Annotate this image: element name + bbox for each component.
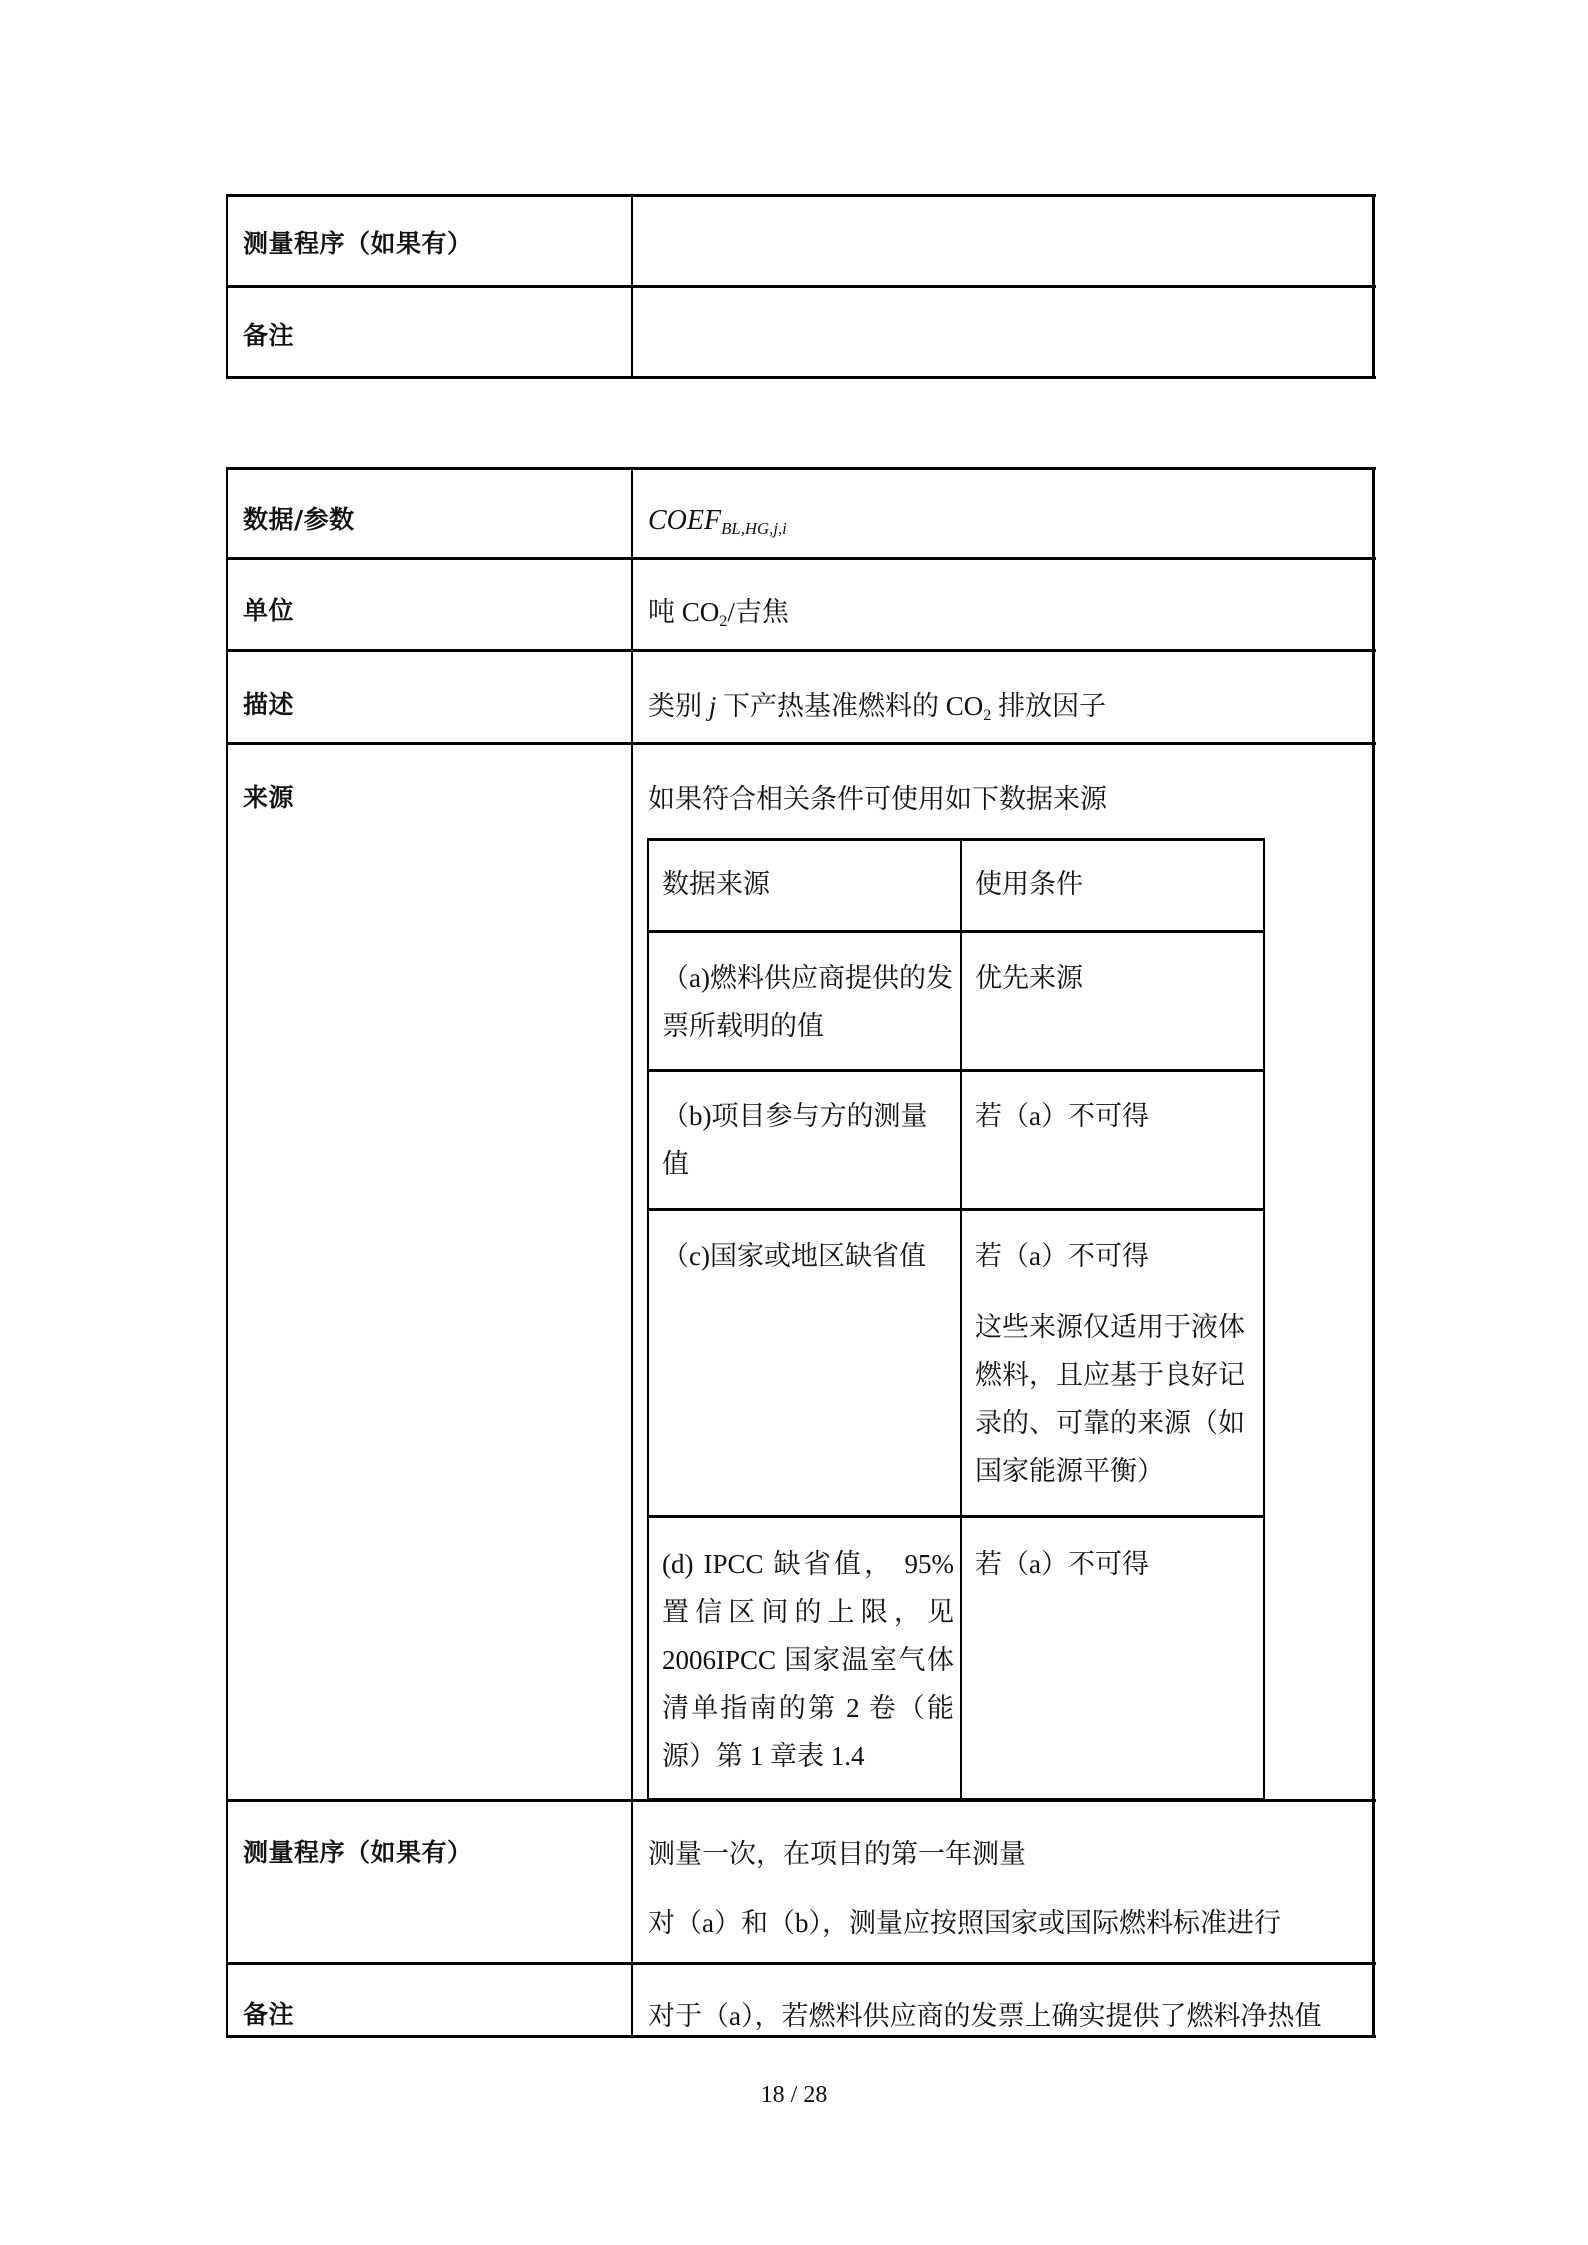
source-intro: 如果符合相关条件可使用如下数据来源 (648, 783, 1107, 815)
header-data-source: 数据来源 (662, 860, 952, 908)
label-measurement-procedure: 测量程序（如果有） (243, 229, 473, 259)
label-remarks: 备注 (243, 321, 294, 351)
label-unit: 单位 (243, 596, 294, 626)
unit-suffix: /吉焦 (727, 597, 789, 627)
condition-b: 若（a）不可得 (975, 1092, 1255, 1140)
value-description: 类别 j 下产热基准燃料的 CO2 排放因子 (648, 690, 1106, 722)
value-data-parameter: COEFBL,HG,j,i (648, 505, 787, 537)
label-source: 来源 (243, 783, 294, 813)
source-d: (d) IPCC 缺省值， 95% 置信区间的上限，见 2006IPCC 国家温… (662, 1540, 954, 1780)
desc-prefix: 类别 (648, 691, 702, 721)
desc-mid: 下产热基准燃料的 CO (723, 691, 983, 721)
remarks-text: 对于（a），若燃料供应商的发票上确实提供了燃料净热值 (648, 2000, 1321, 2032)
label-description: 描述 (243, 690, 294, 720)
label-remarks-2: 备注 (243, 2000, 294, 2030)
procedure-line-1: 测量一次，在项目的第一年测量 (648, 1838, 1026, 1870)
source-c: （c)国家或地区缺省值 (662, 1232, 954, 1280)
value-unit: 吨 CO2/吉焦 (648, 596, 789, 628)
unit-prefix: 吨 CO (648, 597, 719, 627)
param-subscript: BL,HG,j,i (721, 519, 787, 538)
source-a: （a)燃料供应商提供的发票所载明的值 (662, 954, 954, 1050)
source-b: （b)项目参与方的测量值 (662, 1092, 954, 1188)
desc-variable: j (709, 691, 717, 721)
condition-c: 若（a）不可得 (975, 1232, 1255, 1280)
param-symbol: COEF (648, 505, 721, 536)
page-number: 18 / 28 (0, 2082, 1588, 2109)
condition-c-note: 这些来源仅适用于液体燃料，且应基于良好记录的、可靠的来源（如国家能源平衡） (975, 1303, 1257, 1495)
label-measurement-procedure-2: 测量程序（如果有） (243, 1838, 473, 1868)
condition-a: 优先来源 (975, 954, 1255, 1002)
condition-d: 若（a）不可得 (975, 1540, 1255, 1588)
desc-subscript: 2 (983, 706, 991, 724)
label-data-parameter: 数据/参数 (243, 505, 355, 535)
header-usage-condition: 使用条件 (975, 860, 1255, 908)
desc-suffix: 排放因子 (998, 691, 1106, 721)
procedure-line-2: 对（a）和（b），测量应按照国家或国际燃料标准进行 (648, 1907, 1281, 1939)
